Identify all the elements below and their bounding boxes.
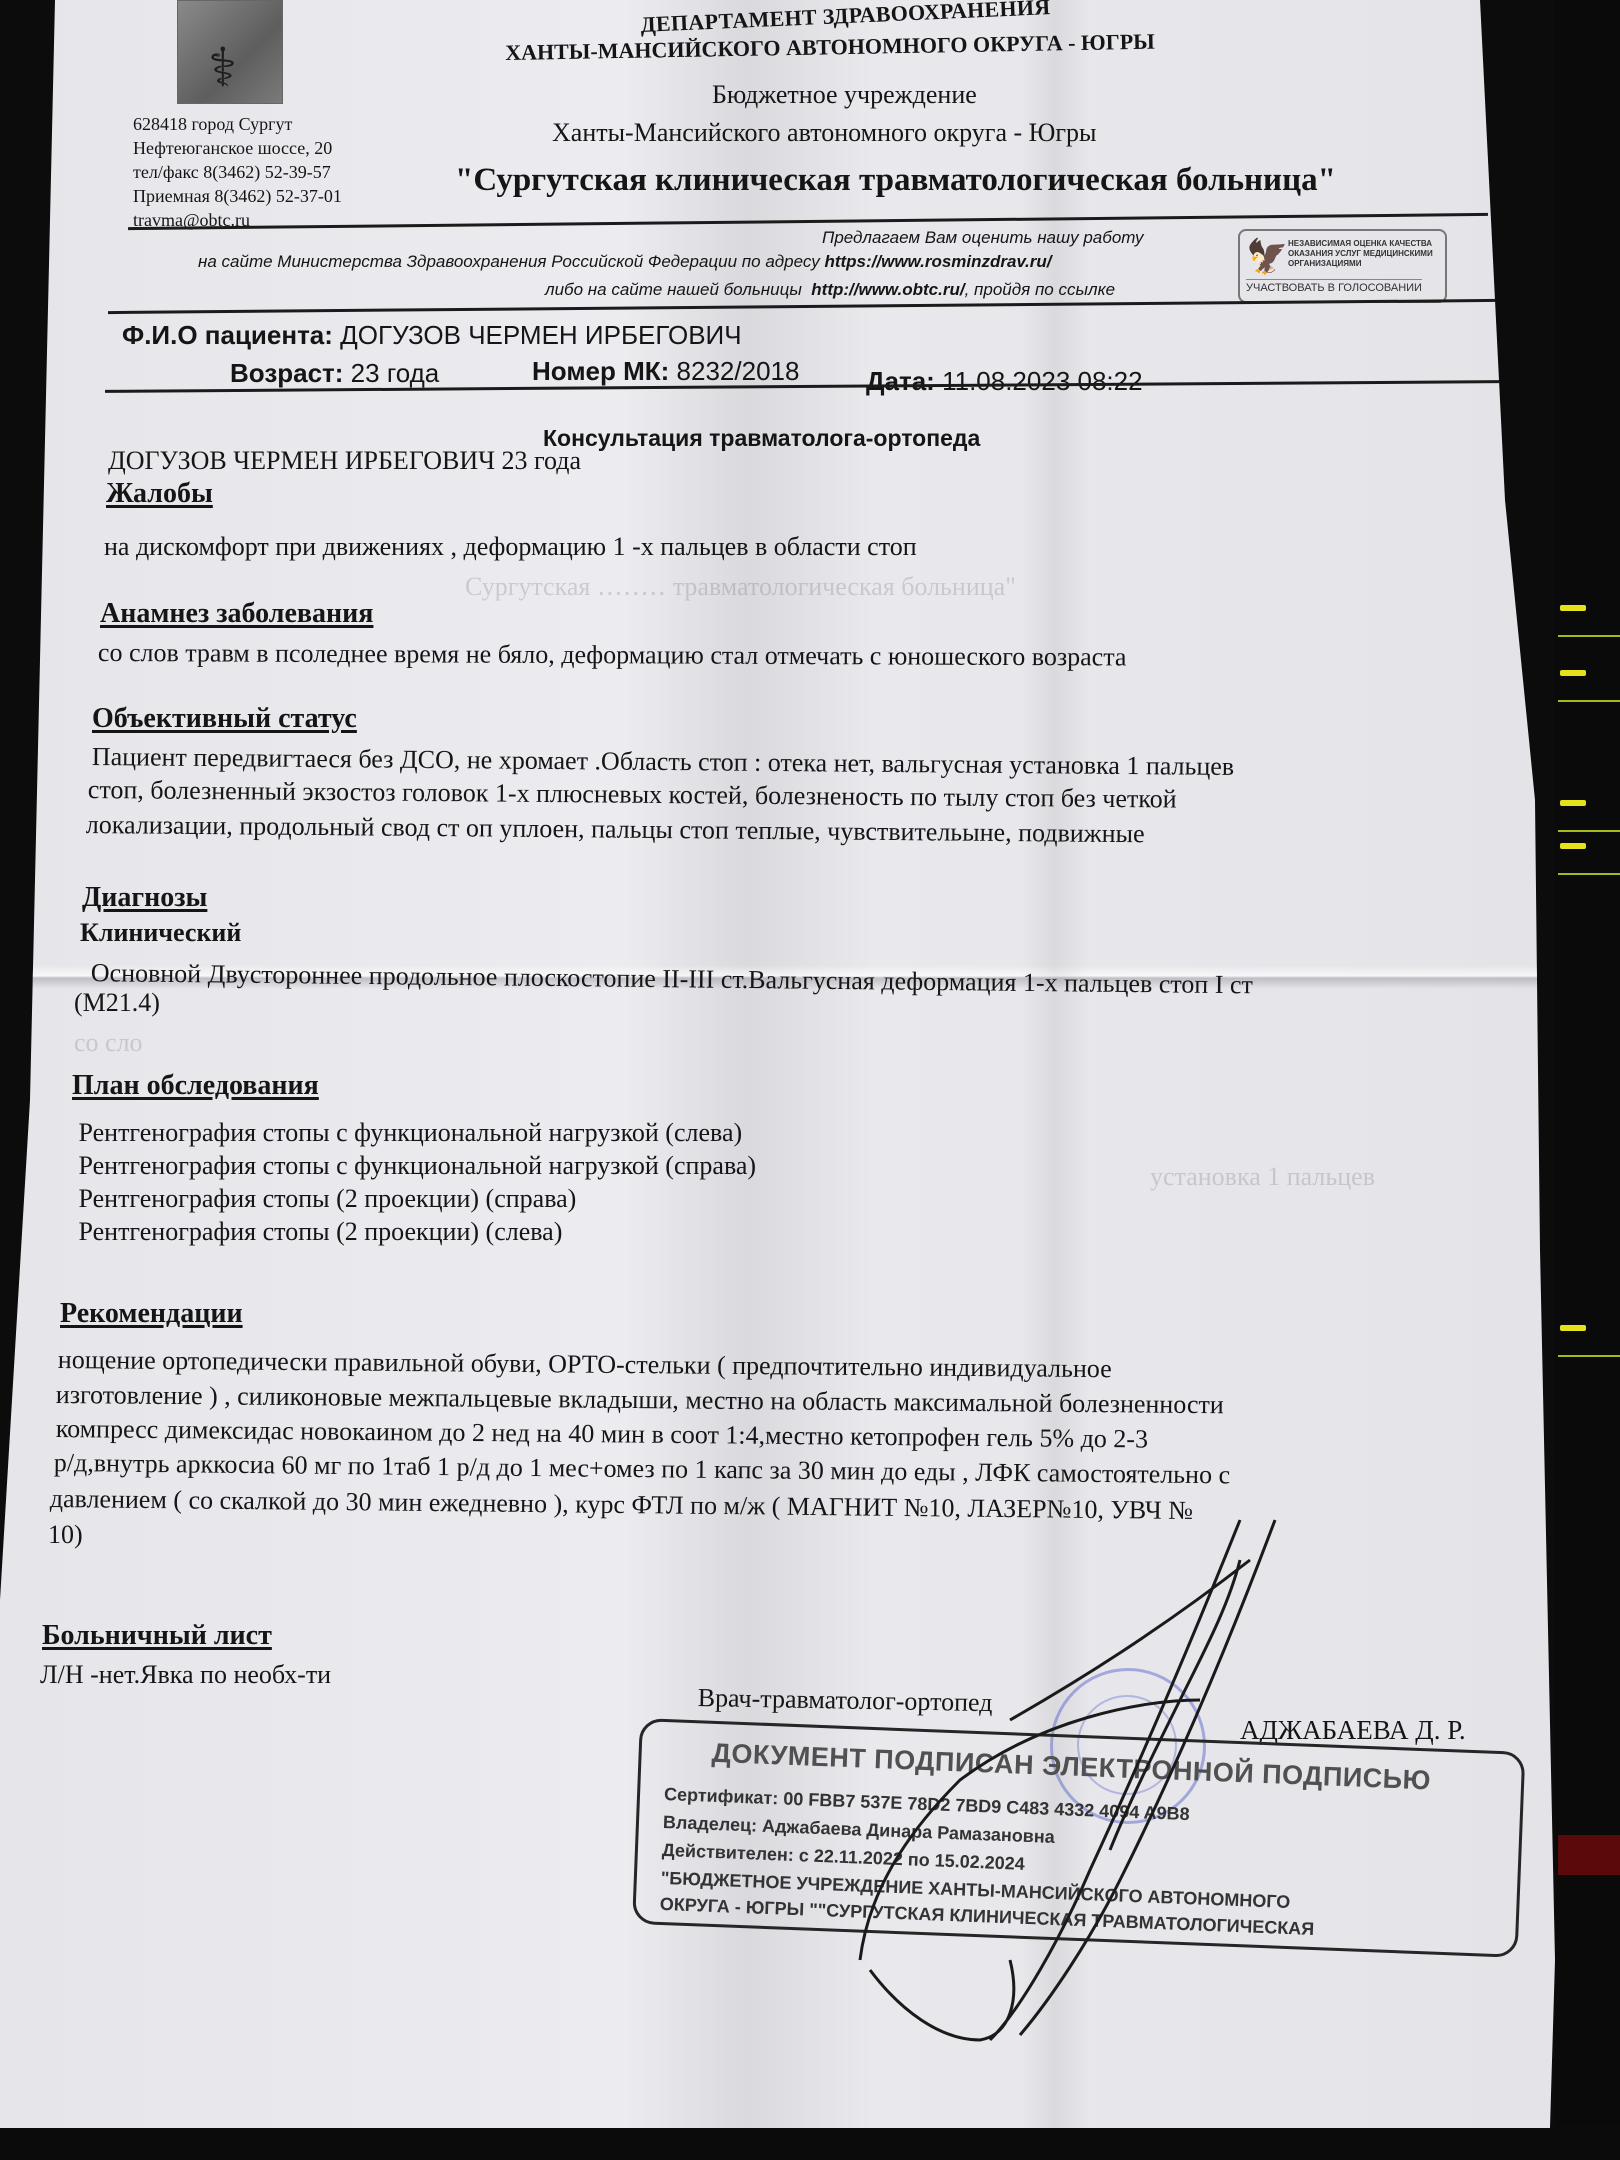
diagnosis-type: Клинический: [80, 918, 241, 948]
e-signature-stamp: ДОКУМЕНТ ПОДПИСАН ЭЛЕКТРОННОЙ ПОДПИСЬЮ С…: [632, 1718, 1525, 1958]
rating-text: либо на сайте нашей больницы: [545, 280, 802, 299]
diagnosis-code: (M21.4): [74, 988, 160, 1018]
certificate-label: Сертификат:: [664, 1784, 779, 1808]
section-heading-complaints: Жалобы: [106, 478, 213, 510]
coat-of-arms-icon: 🦅: [1246, 237, 1288, 277]
hospital-name: "Сургутская клиническая травматологическ…: [455, 162, 1336, 199]
section-heading-recommendations: Рекомендации: [60, 1298, 243, 1330]
section-heading-objective-status: Объективный статус: [92, 703, 357, 735]
validity-label: Действителен:: [662, 1840, 795, 1865]
rating-notice-line3: либо на сайте нашей больницы http://www.…: [545, 280, 1115, 300]
address-line: тел/факс 8(3462) 52-39-57: [133, 160, 342, 184]
recommendation-line: компресс димексидас новокаином до 2 нед …: [56, 1414, 1148, 1454]
record-row: Номер МК: 8232/2018: [532, 356, 799, 387]
patient-name: ДОГУЗОВ ЧЕРМЕН ИРБЕГОВИЧ: [340, 320, 741, 350]
validity-value: с 22.11.2022 по 15.02.2024: [798, 1845, 1025, 1874]
independent-evaluation-caption: НЕЗАВИСИМАЯ ОЦЕНКА КАЧЕСТВА ОКАЗАНИЯ УСЛ…: [1288, 239, 1438, 269]
keyboard-key: [1558, 595, 1620, 637]
address-line: Нефтеюганское шоссе, 20: [133, 136, 342, 160]
doctor-position: Врач-травматолог-ортопед: [697, 1683, 992, 1718]
exam-plan-item: Рентгенография стопы (2 проекции) (слева…: [72, 1217, 562, 1247]
recommendation-line: 10): [48, 1520, 83, 1550]
anamnesis-text: со слов травм в псоледнее время не бяло,…: [98, 638, 1127, 672]
record-number: 8232/2018: [677, 356, 800, 386]
institution-region: Ханты-Мансийского автономного округа - Ю…: [552, 118, 1097, 148]
address-line: 628418 город Сургут: [133, 112, 342, 136]
section-heading-anamnesis: Анамнез заболевания: [100, 598, 373, 630]
keyboard-red-light: [1558, 1835, 1620, 1875]
rating-notice-line1: Предлагаем Вам оценить нашу работу: [822, 228, 1144, 248]
date-label: Дата:: [866, 366, 935, 396]
section-heading-exam-plan: План обследования: [72, 1070, 319, 1102]
hospital-logo-icon: ⚕: [177, 0, 283, 104]
owner-value: Аджабаева Динара Рамазановна: [762, 1816, 1055, 1847]
patient-info-row: Возраст: 23 года: [230, 358, 439, 389]
consultation-date: 11.08.2023 08:22: [942, 366, 1142, 396]
rosminzdrav-link[interactable]: https://www.rosminzdrav.ru/: [824, 252, 1051, 271]
keyboard-key: [1558, 833, 1620, 875]
date-row: Дата: 11.08.2023 08:22: [866, 366, 1143, 397]
objective-status-line: стоп, болезненный экзостоз головок 1-х п…: [88, 775, 1177, 814]
stamp-title: ДОКУМЕНТ ПОДПИСАН ЭЛЕКТРОННОЙ ПОДПИСЬЮ: [711, 1738, 1431, 1797]
patient-name-row: Ф.И.О пациента: ДОГУЗОВ ЧЕРМЕН ИРБЕГОВИЧ: [122, 320, 742, 351]
complaints-text: на дискомфорт при движениях , деформацию…: [104, 532, 917, 562]
recommendation-line: нощение ортопедически правильной обуви, …: [58, 1345, 1112, 1384]
section-heading-sick-leave: Больничный лист: [42, 1620, 272, 1652]
owner-label: Владелец:: [663, 1812, 758, 1836]
exam-plan-item: Рентгенография стопы с функциональной на…: [72, 1151, 756, 1181]
patient-name-label: Ф.И.О пациента:: [122, 320, 333, 350]
bleed-through-text: установка 1 пальцев: [1150, 1162, 1375, 1192]
age-label: Возраст:: [230, 358, 343, 388]
background-surface: [0, 2125, 1620, 2160]
record-number-label: Номер МК:: [532, 356, 669, 386]
exam-plan-item: Рентгенография стопы (2 проекции) (справ…: [72, 1184, 576, 1214]
rating-text: на сайте Министерства Здравоохранения Ро…: [198, 252, 820, 271]
rating-text: , пройдя по ссылке: [965, 280, 1115, 299]
notice-divider: [108, 299, 1498, 314]
patient-age: 23 года: [351, 358, 440, 388]
consultation-patient-line: ДОГУЗОВ ЧЕРМЕН ИРБЕГОВИЧ 23 года: [108, 446, 581, 476]
sick-leave-text: Л/Н -нет.Явка по необх-ти: [40, 1660, 331, 1690]
doctor-name: АДЖАБАЕВА Д. Р.: [1240, 1715, 1466, 1746]
keyboard-key: [1558, 1315, 1620, 1357]
institution-type: Бюджетное учреждение: [712, 80, 977, 110]
document-paper: ⚕ 628418 город Сургут Нефтеюганское шосс…: [0, 0, 1558, 2128]
keyboard-key: [1558, 660, 1620, 702]
exam-plan-item: Рентгенография стопы с функциональной на…: [72, 1118, 742, 1148]
vote-badge[interactable]: 🦅 НЕЗАВИСИМАЯ ОЦЕНКА КАЧЕСТВА ОКАЗАНИЯ У…: [1238, 229, 1447, 303]
objective-status-line: локализации, продольный свод ст оп уплое…: [86, 810, 1145, 849]
hospital-site-link[interactable]: http://www.obtc.ru/: [811, 280, 964, 299]
consultation-title: Консультация травматолога-ортопеда: [543, 425, 980, 452]
section-heading-diagnoses: Диагнозы: [82, 882, 207, 914]
bleed-through-text: Сургутская ‥‥‥‥ травматологическая больн…: [465, 572, 1016, 602]
rating-notice-line2: на сайте Министерства Здравоохранения Ро…: [198, 252, 1051, 272]
keyboard-key: [1558, 790, 1620, 832]
vote-button[interactable]: УЧАСТВОВАТЬ В ГОЛОСОВАНИИ: [1246, 279, 1422, 294]
address-line: Приемная 8(3462) 52-37-01: [133, 184, 342, 208]
bleed-through-text: со сло: [74, 1028, 143, 1058]
hospital-address: 628418 город Сургут Нефтеюганское шоссе,…: [133, 112, 342, 232]
